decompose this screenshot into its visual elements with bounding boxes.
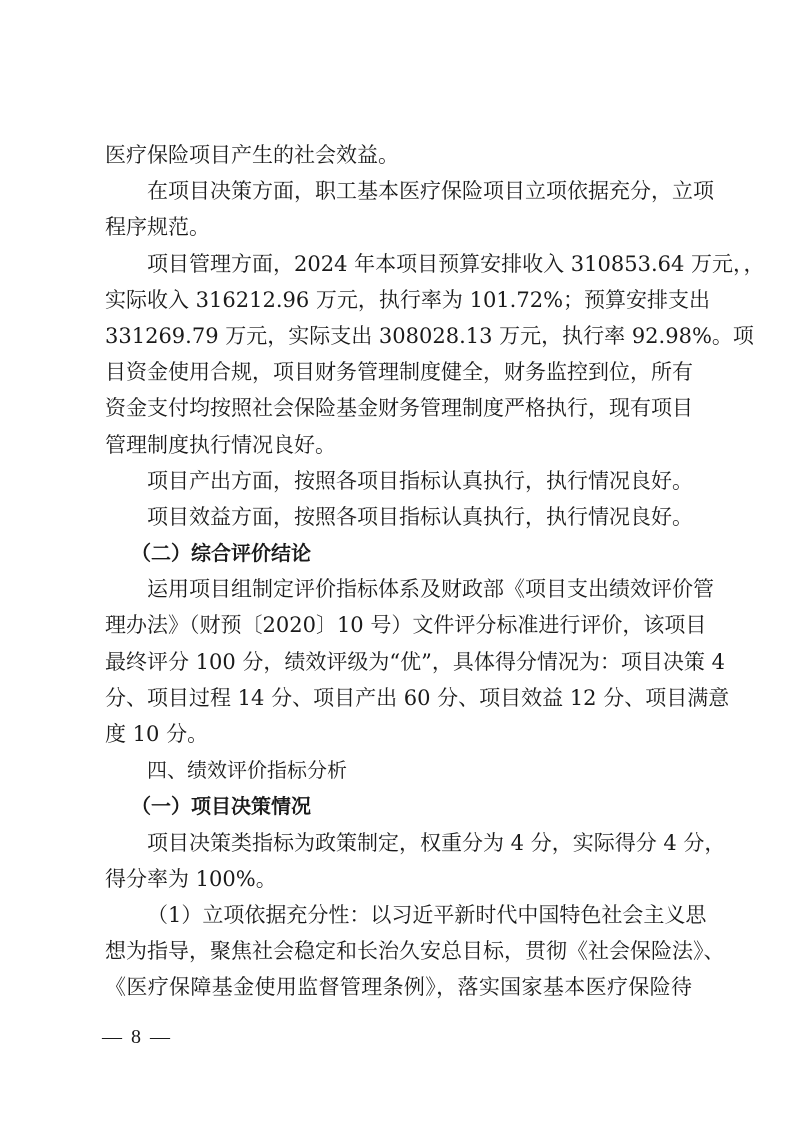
document-page: 医疗保险项目产生的社会效益。 在项目决策方面，职工基本医疗保险项目立项依据充分，… bbox=[105, 137, 692, 1006]
paragraph-line: 在项目决策方面，职工基本医疗保险项目立项依据充分，立项 bbox=[105, 173, 692, 209]
paragraph-line: 项目效益方面，按照各项目指标认真执行，执行情况良好。 bbox=[105, 499, 692, 535]
section-heading: （一）项目决策情况 bbox=[105, 788, 692, 824]
paragraph-line: 运用项目组制定评价指标体系及财政部《项目支出绩效评价管 bbox=[105, 571, 692, 607]
section-heading: （二）综合评价结论 bbox=[105, 535, 692, 571]
paragraph-line: 得分率为 100%。 bbox=[105, 861, 692, 897]
paragraph-line: 《医疗保障基金使用监督管理条例》，落实国家基本医疗保险待 bbox=[105, 969, 692, 1005]
paragraph-line: 项目产出方面，按照各项目指标认真执行，执行情况良好。 bbox=[105, 463, 692, 499]
paragraph-line: 实际收入 316212.96 万元，执行率为 101.72%；预算安排支出 bbox=[105, 282, 692, 318]
paragraph-line: （1）立项依据充分性：以习近平新时代中国特色社会主义思 bbox=[105, 897, 692, 933]
chapter-heading: 四、绩效评价指标分析 bbox=[105, 752, 692, 788]
paragraph-line: 度 10 分。 bbox=[105, 716, 692, 752]
page-number: — 8 — bbox=[102, 1026, 172, 1049]
paragraph-line: 项目管理方面，2024 年本项目预算安排收入 310853.64 万元，， bbox=[105, 246, 692, 282]
paragraph-line: 分、项目过程 14 分、项目产出 60 分、项目效益 12 分、项目满意 bbox=[105, 680, 692, 716]
paragraph-line: 管理制度执行情况良好。 bbox=[105, 427, 692, 463]
paragraph-line: 理办法》（财预〔2020〕10 号）文件评分标准进行评价，该项目 bbox=[105, 607, 692, 643]
paragraph-line: 目资金使用合规，项目财务管理制度健全，财务监控到位，所有 bbox=[105, 354, 692, 390]
paragraph-line: 程序规范。 bbox=[105, 209, 692, 245]
paragraph-line: 资金支付均按照社会保险基金财务管理制度严格执行，现有项目 bbox=[105, 390, 692, 426]
paragraph-line: 最终评分 100 分，绩效评级为“优”，具体得分情况为：项目决策 4 bbox=[105, 644, 692, 680]
paragraph-line: 医疗保险项目产生的社会效益。 bbox=[105, 137, 692, 173]
paragraph-line: 想为指导，聚焦社会稳定和长治久安总目标，贯彻《社会保险法》、 bbox=[105, 933, 692, 969]
paragraph-line: 项目决策类指标为政策制定，权重分为 4 分，实际得分 4 分， bbox=[105, 825, 692, 861]
paragraph-line: 331269.79 万元，实际支出 308028.13 万元，执行率 92.98… bbox=[105, 318, 692, 354]
